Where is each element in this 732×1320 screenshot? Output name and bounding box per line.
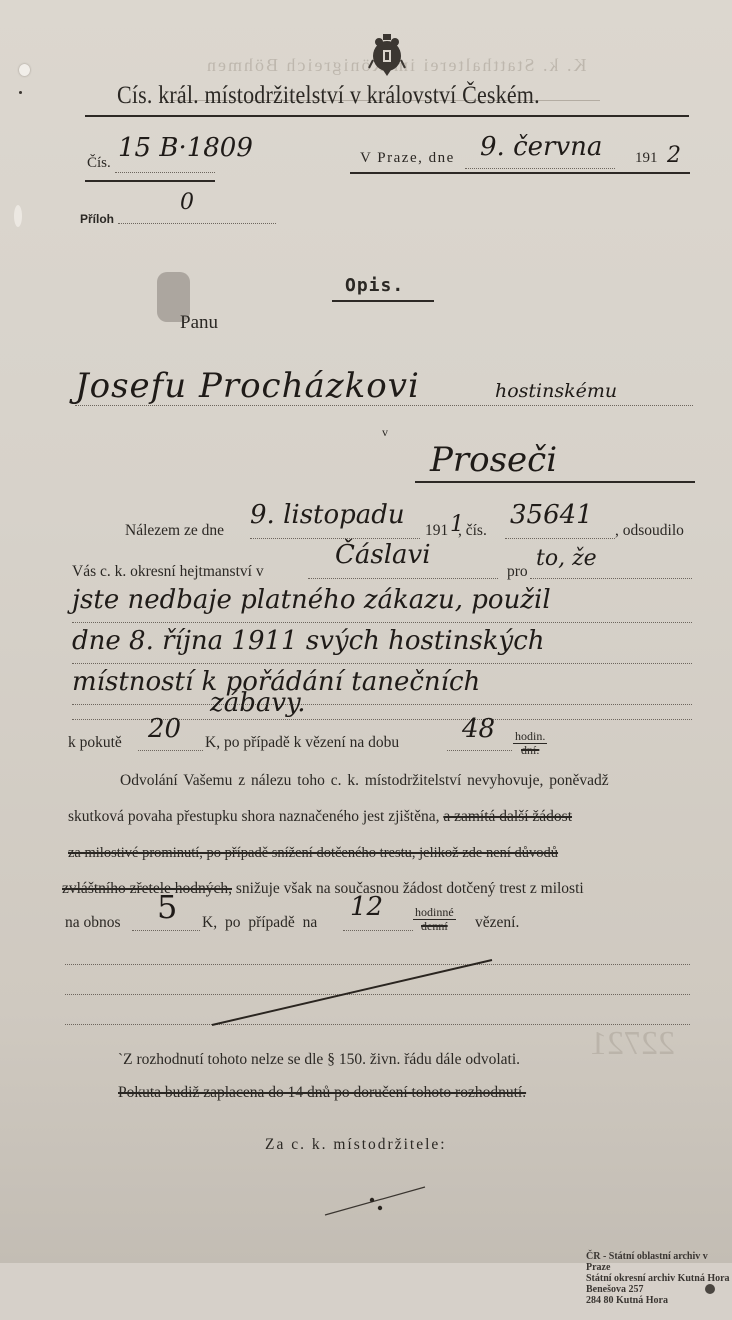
- archive-stamp: ČR - Státní oblastní archiv v Praze Stát…: [586, 1251, 732, 1306]
- signature-mark: [320, 1180, 430, 1220]
- no-appeal-note: `Z rozhodnutí tohoto nelze se dle § 150.…: [118, 1051, 520, 1069]
- payment-note-struck: Pokuta budiž zaplacena do 14 dnů po doru…: [118, 1084, 526, 1102]
- archive-stamp-line-4: 284 80 Kutná Hora: [586, 1295, 732, 1306]
- archive-stamp-line-1: ČR - Státní oblastní archiv v Praze: [586, 1251, 732, 1273]
- signature-label: Za c. k. místodržitele:: [265, 1136, 447, 1154]
- document-page: K. k. Statthalterei im Königreich Böhmen…: [0, 0, 732, 1263]
- cancel-stroke: [0, 0, 732, 1263]
- record-icon: [705, 1284, 715, 1294]
- archive-stamp-line-2: Státní okresní archiv Kutná Hora: [586, 1273, 732, 1284]
